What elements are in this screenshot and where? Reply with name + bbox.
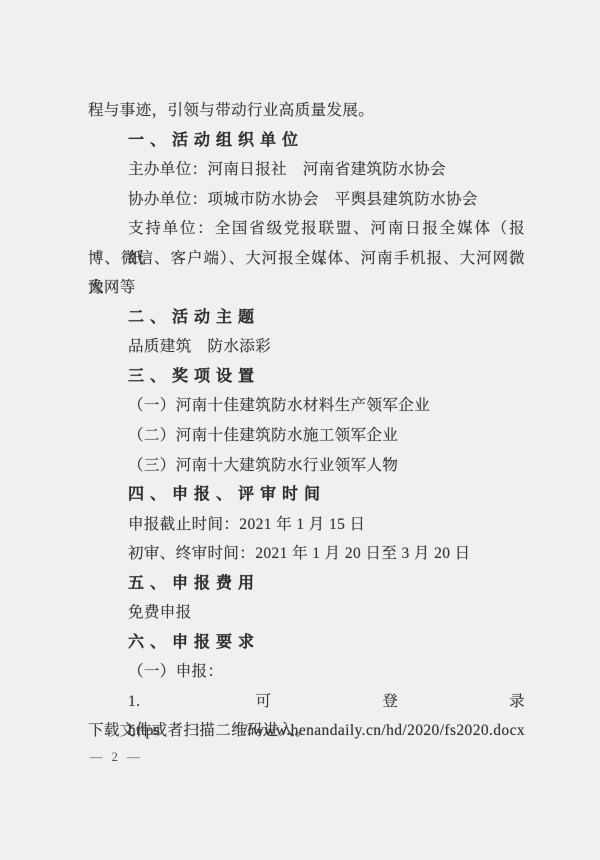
- doc-line: 程与事迹，引领与带动行业高质量发展。: [88, 96, 525, 126]
- doc-line: （一）河南十佳建筑防水材料生产领军企业: [88, 391, 525, 421]
- section-heading-1: 一、活动组织单位: [88, 126, 525, 156]
- section-heading-3: 三、奖项设置: [88, 362, 525, 392]
- doc-line: 初审、终审时间：2021 年 1 月 20 日至 3 月 20 日: [88, 539, 525, 569]
- section-heading-4: 四、申报、评审时间: [88, 480, 525, 510]
- document-text-block: 程与事迹，引领与带动行业高质量发展。 一、活动组织单位 主办单位：河南日报社 河…: [88, 96, 525, 746]
- doc-line: （二）河南十佳建筑防水施工领军企业: [88, 421, 525, 451]
- section-heading-2: 二、活动主题: [88, 303, 525, 333]
- doc-line: 博、微信、客户端）、大河报全媒体、河南手机报、大河网、大: [88, 244, 525, 274]
- document-page: 程与事迹，引领与带动行业高质量发展。 一、活动组织单位 主办单位：河南日报社 河…: [0, 0, 600, 860]
- doc-line: （一）申报：: [88, 657, 525, 687]
- doc-line: 申报截止时间：2021 年 1 月 15 日: [88, 510, 525, 540]
- doc-line: 品质建筑 防水添彩: [88, 332, 525, 362]
- page-number: — 2 —: [90, 750, 143, 765]
- doc-line: 免费申报: [88, 598, 525, 628]
- doc-line: 协办单位：项城市防水协会 平舆县建筑防水协会: [88, 185, 525, 215]
- doc-line: 支持单位：全国省级党报联盟、河南日报全媒体（报纸、微: [88, 214, 525, 244]
- section-heading-5: 五、申报费用: [88, 569, 525, 599]
- doc-line: 豫网等: [88, 273, 525, 303]
- doc-line-url: 1. 可登录 https：//www.henandaily.cn/hd/2020…: [88, 687, 525, 717]
- doc-line: （三）河南十大建筑防水行业领军人物: [88, 451, 525, 481]
- doc-line: 主办单位：河南日报社 河南省建筑防水协会: [88, 155, 525, 185]
- section-heading-6: 六、申报要求: [88, 628, 525, 658]
